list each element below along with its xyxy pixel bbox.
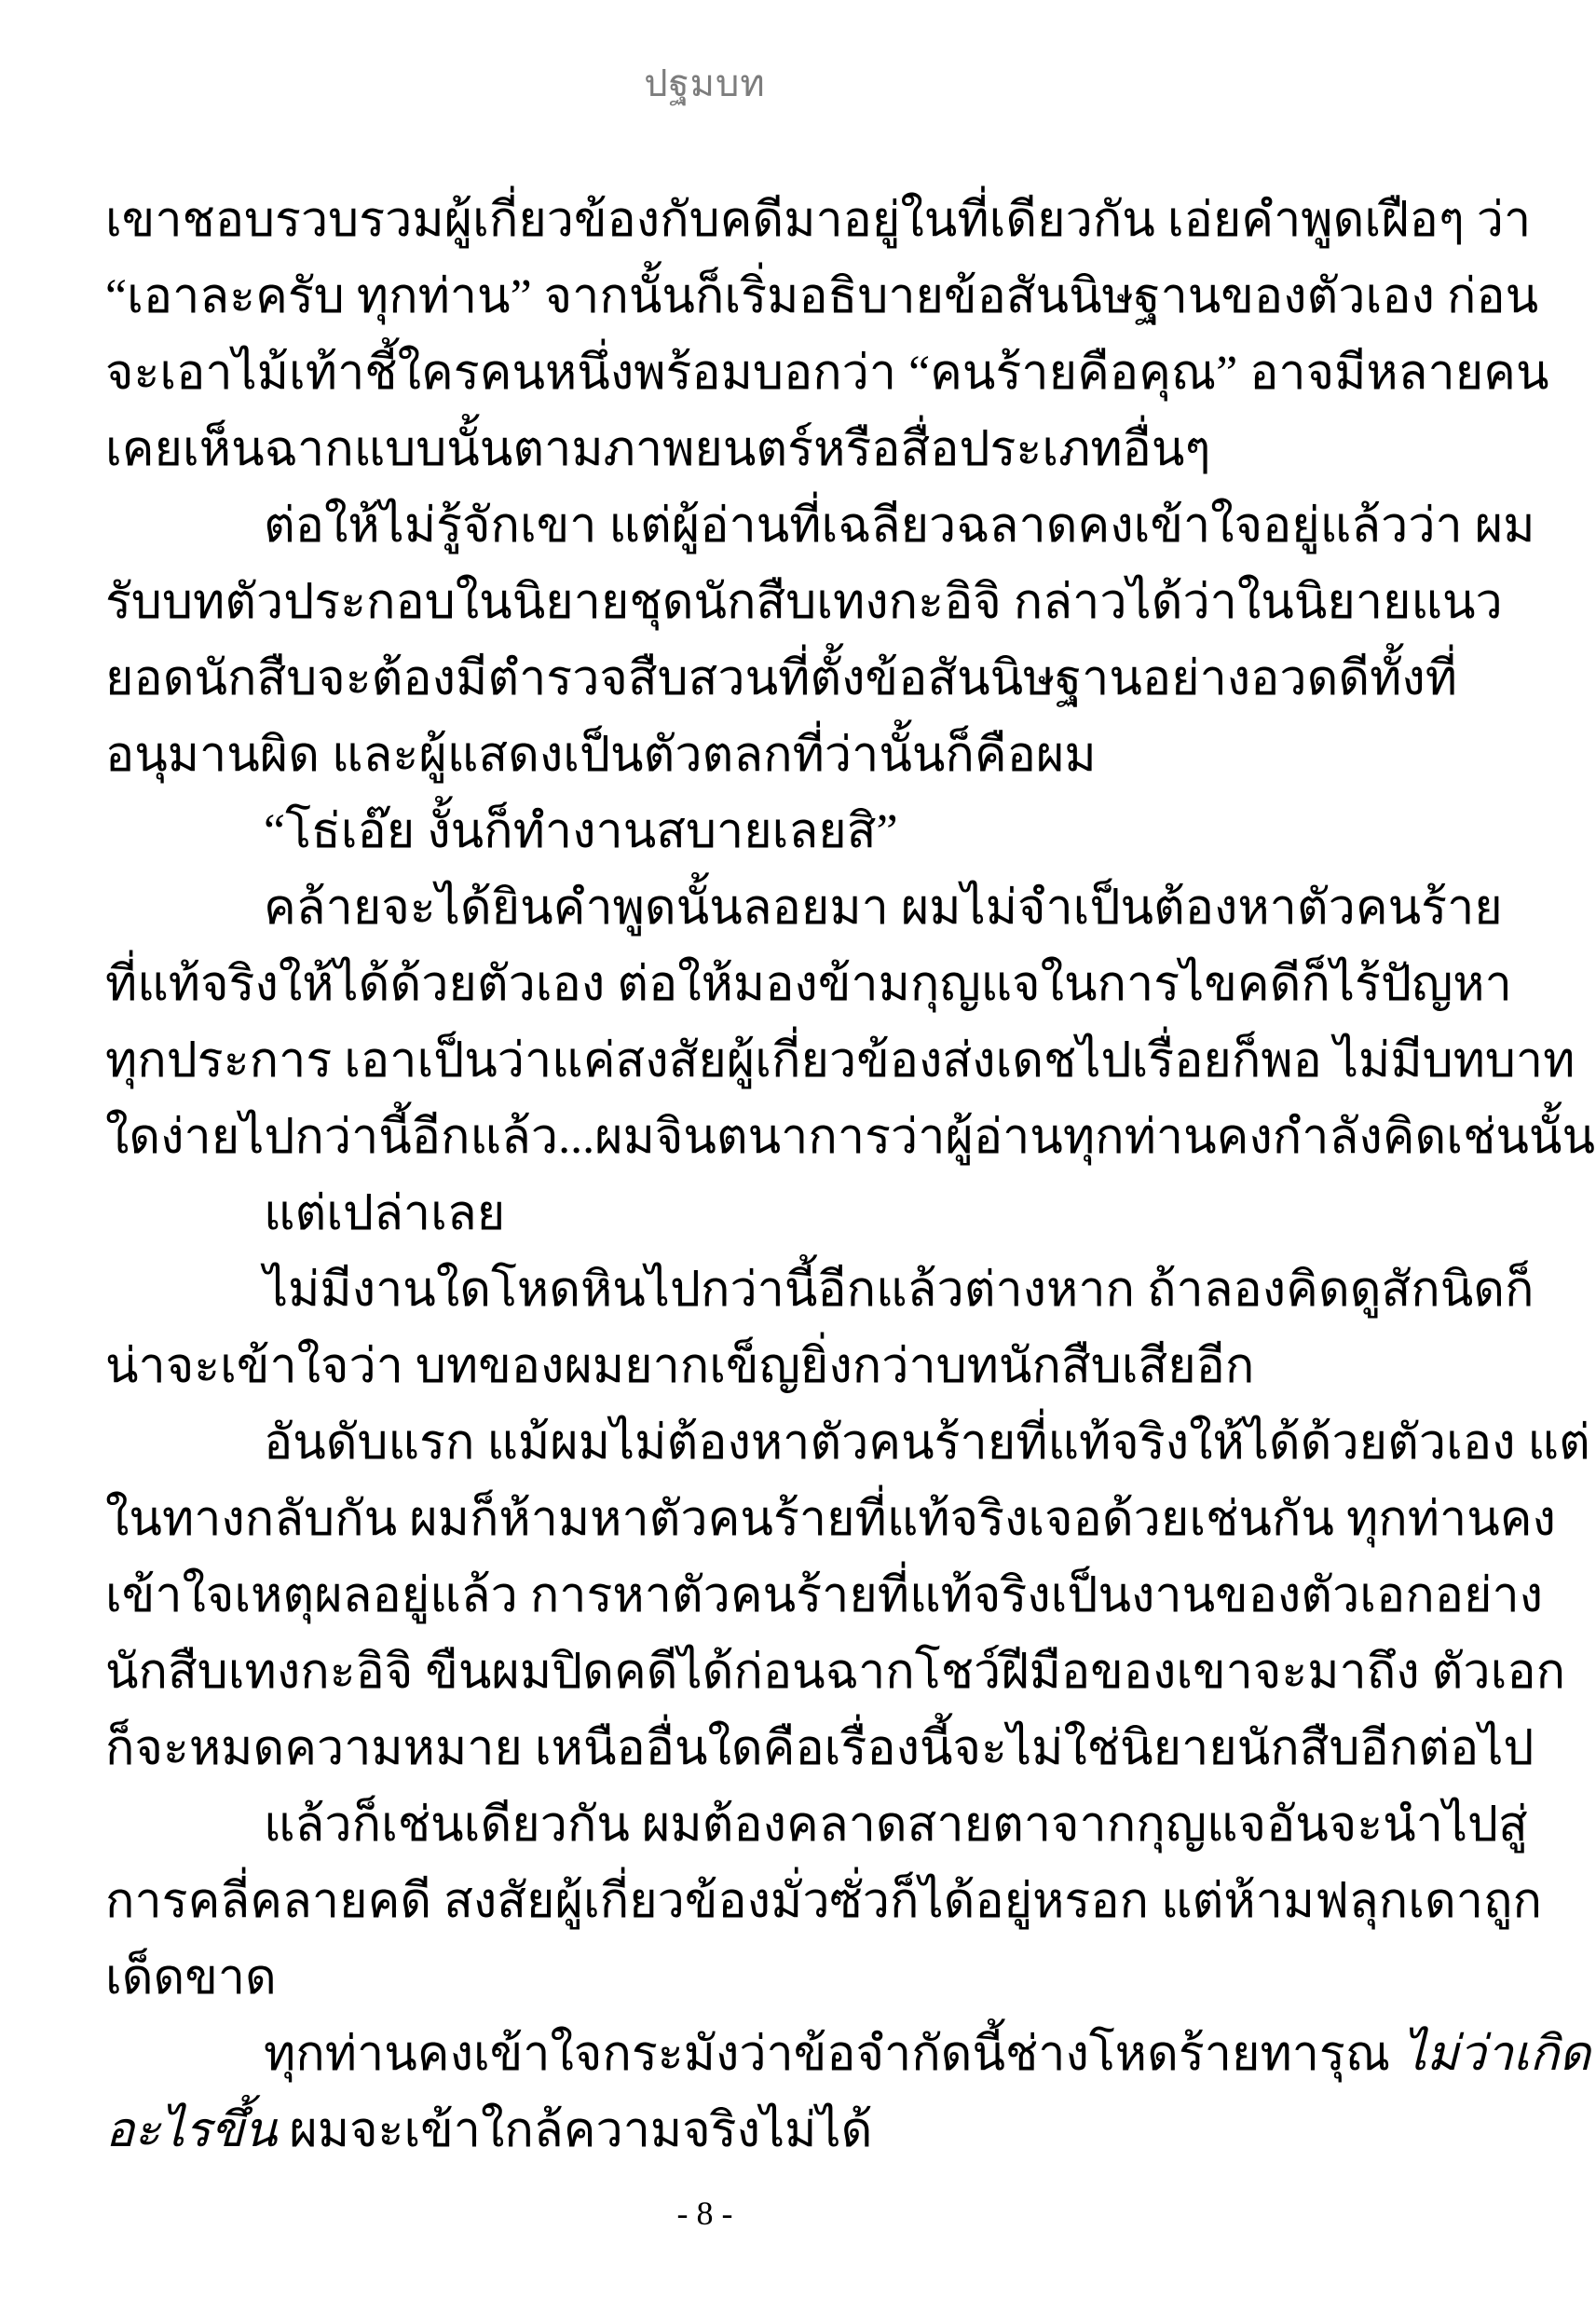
text-line: น่าจะเข้าใจว่า บทของผมยากเข็ญยิ่งกว่าบทน… bbox=[105, 1329, 1304, 1405]
text-line: ไม่มีงานใดโหดหินไปกว่านี้อีกแล้วต่างหาก … bbox=[105, 1252, 1304, 1329]
text-line: “โธ่เอ๊ย งั้นก็ทำงานสบายเลยสิ” bbox=[105, 794, 1304, 870]
text-line: ในทางกลับกัน ผมก็ห้ามหาตัวคนร้ายที่แท้จร… bbox=[105, 1482, 1304, 1558]
text-segment: ที่แท้จริงให้ได้ด้วยตัวเอง ต่อให้มองข้าม… bbox=[105, 958, 1512, 1011]
text-segment: รับบทตัวประกอบในนิยายชุดนักสืบเทงกะอิจิ … bbox=[105, 576, 1503, 629]
text-line: แล้วก็เช่นเดียวกัน ผมต้องคลาดสายตาจากกุญ… bbox=[105, 1787, 1304, 1864]
text-segment-italic: อะไรขึ้น bbox=[105, 2104, 277, 2157]
text-line: ที่แท้จริงให้ได้ด้วยตัวเอง ต่อให้มองข้าม… bbox=[105, 947, 1304, 1023]
text-segment: เขาชอบรวบรวมผู้เกี่ยวข้องกับคดีมาอยู่ในท… bbox=[105, 194, 1531, 247]
text-segment: ทุกประการ เอาเป็นว่าแค่สงสัยผู้เกี่ยวข้อ… bbox=[105, 1034, 1575, 1088]
text-line: “เอาละครับ ทุกท่าน” จากนั้นก็เริ่มอธิบาย… bbox=[105, 259, 1304, 335]
text-line: อะไรขึ้น ผมจะเข้าใกล้ความจริงไม่ได้ bbox=[105, 2093, 1304, 2169]
text-segment: ทุกท่านคงเข้าใจกระมังว่าข้อจำกัดนี้ช่างโ… bbox=[264, 2028, 1402, 2081]
text-line: เข้าใจเหตุผลอยู่แล้ว การหาตัวคนร้ายที่แท… bbox=[105, 1558, 1304, 1635]
text-segment: อนุมานผิด และผู้แสดงเป็นตัวตลกที่ว่านั้น… bbox=[105, 729, 1097, 782]
book-page: ปฐมบท เขาชอบรวบรวมผู้เกี่ยวข้องกับคดีมาอ… bbox=[0, 0, 1596, 2312]
text-segment: อันดับแรก แม้ผมไม่ต้องหาตัวคนร้ายที่แท้จ… bbox=[264, 1416, 1590, 1470]
text-line: การคลี่คลายคดี สงสัยผู้เกี่ยวข้องมั่วซั่… bbox=[105, 1864, 1304, 1940]
text-line: รับบทตัวประกอบในนิยายชุดนักสืบเทงกะอิจิ … bbox=[105, 565, 1304, 641]
text-segment: ในทางกลับกัน ผมก็ห้ามหาตัวคนร้ายที่แท้จร… bbox=[105, 1493, 1556, 1546]
text-line: ก็จะหมดความหมาย เหนืออื่นใดคือเรื่องนี้จ… bbox=[105, 1711, 1304, 1787]
text-line: ใดง่ายไปกว่านี้อีกแล้ว...ผมจินตนาการว่าผ… bbox=[105, 1100, 1304, 1176]
body-text: เขาชอบรวบรวมผู้เกี่ยวข้องกับคดีมาอยู่ในท… bbox=[105, 183, 1304, 2169]
text-segment: คล้ายจะได้ยินคำพูดนั้นลอยมา ผมไม่จำเป็นต… bbox=[264, 882, 1503, 935]
text-line: นักสืบเทงกะอิจิ ขืนผมปิดคดีได้ก่อนฉากโชว… bbox=[105, 1635, 1304, 1711]
text-segment: ใดง่ายไปกว่านี้อีกแล้ว...ผมจินตนาการว่าผ… bbox=[105, 1111, 1595, 1164]
text-line: เด็ดขาด bbox=[105, 1940, 1304, 2017]
text-line: อนุมานผิด และผู้แสดงเป็นตัวตลกที่ว่านั้น… bbox=[105, 718, 1304, 794]
text-line: เคยเห็นฉากแบบนั้นตามภาพยนตร์หรือสื่อประเ… bbox=[105, 412, 1304, 488]
text-line: คล้ายจะได้ยินคำพูดนั้นลอยมา ผมไม่จำเป็นต… bbox=[105, 870, 1304, 947]
text-line: ยอดนักสืบจะต้องมีตำรวจสืบสวนที่ตั้งข้อสั… bbox=[105, 641, 1304, 718]
text-segment: “เอาละครับ ทุกท่าน” จากนั้นก็เริ่มอธิบาย… bbox=[105, 270, 1538, 323]
text-line: ต่อให้ไม่รู้จักเขา แต่ผู้อ่านที่เฉลียวฉล… bbox=[105, 488, 1304, 565]
text-segment: แล้วก็เช่นเดียวกัน ผมต้องคลาดสายตาจากกุญ… bbox=[264, 1799, 1528, 1852]
text-line: อันดับแรก แม้ผมไม่ต้องหาตัวคนร้ายที่แท้จ… bbox=[105, 1405, 1304, 1482]
text-segment: แต่เปล่าเลย bbox=[264, 1187, 505, 1240]
text-line: แต่เปล่าเลย bbox=[105, 1176, 1304, 1252]
text-line: เขาชอบรวบรวมผู้เกี่ยวข้องกับคดีมาอยู่ในท… bbox=[105, 183, 1304, 259]
text-segment: เด็ดขาด bbox=[105, 1951, 277, 2004]
text-segment: การคลี่คลายคดี สงสัยผู้เกี่ยวข้องมั่วซั่… bbox=[105, 1875, 1542, 1928]
page-number: - 8 - bbox=[105, 2192, 1304, 2235]
text-segment: เข้าใจเหตุผลอยู่แล้ว การหาตัวคนร้ายที่แท… bbox=[105, 1569, 1543, 1622]
text-segment: ยอดนักสืบจะต้องมีตำรวจสืบสวนที่ตั้งข้อสั… bbox=[105, 652, 1457, 705]
text-segment: “โธ่เอ๊ย งั้นก็ทำงานสบายเลยสิ” bbox=[264, 805, 898, 858]
text-segment-italic: ไม่ว่าเกิด bbox=[1402, 2028, 1590, 2081]
text-line: ทุกประการ เอาเป็นว่าแค่สงสัยผู้เกี่ยวข้อ… bbox=[105, 1023, 1304, 1100]
text-segment: เคยเห็นฉากแบบนั้นตามภาพยนตร์หรือสื่อประเ… bbox=[105, 423, 1210, 476]
text-line: จะเอาไม้เท้าชี้ใครคนหนึ่งพร้อมบอกว่า “คน… bbox=[105, 335, 1304, 412]
text-segment: จะเอาไม้เท้าชี้ใครคนหนึ่งพร้อมบอกว่า “คน… bbox=[105, 347, 1549, 400]
text-segment: ก็จะหมดความหมาย เหนืออื่นใดคือเรื่องนี้จ… bbox=[105, 1722, 1534, 1775]
chapter-header: ปฐมบท bbox=[105, 56, 1304, 112]
text-segment: ไม่มีงานใดโหดหินไปกว่านี้อีกแล้วต่างหาก … bbox=[264, 1264, 1535, 1317]
text-segment: ผมจะเข้าใกล้ความจริงไม่ได้ bbox=[277, 2104, 872, 2157]
text-segment: ต่อให้ไม่รู้จักเขา แต่ผู้อ่านที่เฉลียวฉล… bbox=[264, 499, 1535, 553]
text-segment: น่าจะเข้าใจว่า บทของผมยากเข็ญยิ่งกว่าบทน… bbox=[105, 1340, 1254, 1393]
text-line: ทุกท่านคงเข้าใจกระมังว่าข้อจำกัดนี้ช่างโ… bbox=[105, 2017, 1304, 2093]
text-segment: นักสืบเทงกะอิจิ ขืนผมปิดคดีได้ก่อนฉากโชว… bbox=[105, 1646, 1565, 1699]
